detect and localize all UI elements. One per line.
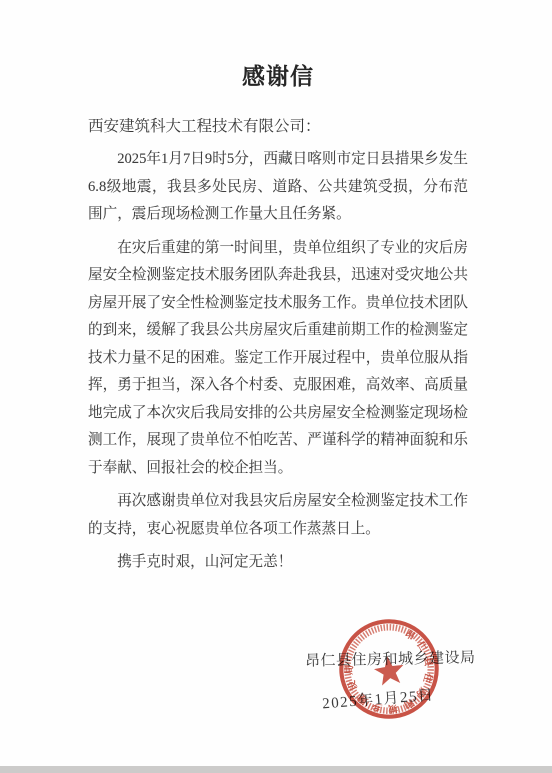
letter-body: 感谢信 西安建筑科大工程技术有限公司： 2025年1月7日9时5分，西藏日喀则市…	[88, 62, 468, 583]
paragraph-earthquake: 2025年1月7日9时5分，西藏日喀则市定日县措果乡发生6.8级地震，我县多处民…	[88, 146, 468, 229]
letter-title: 感谢信	[88, 62, 468, 92]
paragraph-slogan: 携手克时艰，山河定无恙！	[88, 549, 468, 577]
seal-star-icon	[373, 654, 406, 686]
official-seal-stamp-icon: 昂仁县住房和城乡建设局	[327, 607, 451, 731]
screenshot-bottom-edge	[0, 766, 552, 773]
paragraph-thanks: 再次感谢贵单位对我县灾后房屋安全检测鉴定技术工作的支持，衷心祝愿贵单位各项工作蒸…	[88, 488, 468, 543]
letter-photo: 感谢信 西安建筑科大工程技术有限公司： 2025年1月7日9时5分，西藏日喀则市…	[0, 0, 552, 773]
paragraph-work: 在灾后重建的第一时间里，贵单位组织了专业的灾后房屋安全检测鉴定技术服务团队奔赴我…	[88, 235, 468, 483]
recipient-line: 西安建筑科大工程技术有限公司：	[88, 114, 468, 140]
